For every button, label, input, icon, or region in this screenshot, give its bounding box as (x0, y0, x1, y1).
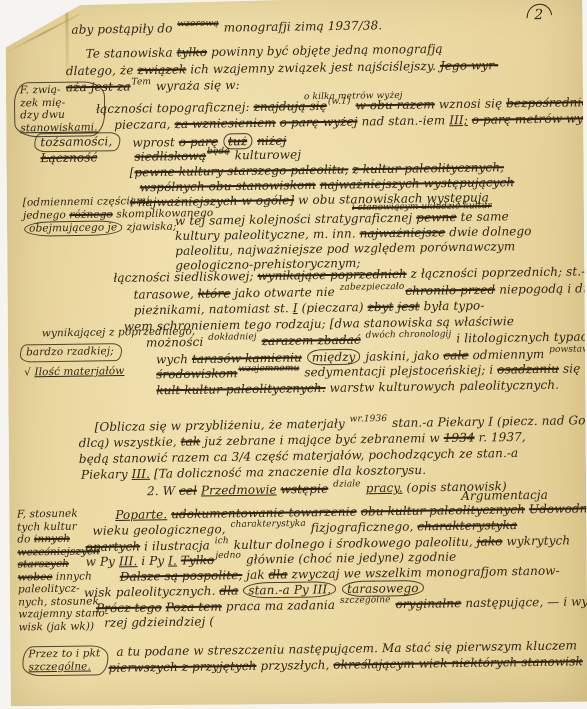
paper-sheet: 2 aby postąpiły do wzorową monografji zi… (5, 0, 587, 706)
handwriting-segment: dla (219, 584, 238, 598)
handwriting-segment: obu kultur paleolitycznych (361, 502, 525, 518)
handwriting-segment: wznosi się (435, 96, 506, 111)
margin-note: F. zwią-zek mię-dzy dwustanowiskami. (14, 81, 106, 137)
margin-note: Przez to i pktszczególne. (22, 645, 108, 676)
handwriting-segment: zabezpieczało (340, 280, 405, 295)
manuscript-text-layer: aby postąpiły do wzorową monografji zimą… (5, 0, 587, 706)
handwriting-segment: bardzo rzadkiej; (26, 345, 114, 358)
handwriting-segment: [odmiennemi częściami (23, 195, 150, 209)
handwriting-segment: już zebrane i mające być zebranemi w (200, 431, 444, 448)
handwriting-segment: dwie dolnego (445, 224, 531, 239)
handwriting-segment: wcześniejszych (17, 545, 100, 558)
handwriting-segment: jednego (23, 209, 70, 222)
handwriting-segment (361, 333, 365, 347)
handwriting-segment: kulturowej (231, 147, 302, 162)
handwriting-segment: zwyczaj we wszelkim monografjom stanow- (287, 564, 559, 582)
handwriting-segment: aby postąpiły do (71, 21, 176, 36)
handwriting-segment: wr.1936 (350, 412, 388, 427)
handwriting-segment: wprost (132, 135, 179, 150)
handwriting-segment: jedno (215, 549, 241, 563)
handwriting-segment: Tem (131, 75, 151, 89)
handwriting-segment: stanowiskami. (20, 121, 97, 134)
handwriting-segment: jako (477, 534, 503, 548)
handwriting-segment: zarazem zbadać (262, 333, 361, 348)
handwriting-segment: dlatego, że (66, 63, 138, 78)
handwriting-segment: jako otwarte nie (230, 285, 338, 301)
handwriting-segment: szczególne. (28, 660, 91, 673)
handwriting-segment: wieku geologicznego, (92, 522, 229, 538)
handwriting-segment: dwóch chronologij (366, 327, 452, 342)
handwriting-segment: warstw kulturowych paleolitycznych. (326, 378, 560, 395)
handwriting-segment: dlcą) wszystkie, (79, 435, 181, 450)
handwriting-segment: osadzaniu (497, 362, 559, 377)
handwriting-segment: F. zwią- (20, 84, 61, 97)
handwriting-segment: obejmującego je (24, 220, 122, 236)
margin-note: √ Ilość materjałów (24, 365, 124, 379)
handwriting-segment: Argumentacja (461, 488, 548, 503)
handwriting-segment: łączności topograficznej: (96, 100, 254, 116)
handwriting-segment: Ilość materjałów (34, 365, 124, 378)
handwriting-segment: będą (207, 144, 230, 158)
handwriting-segment: bezpośrednio (506, 95, 587, 110)
handwriting-segment: wzajemnemu (238, 361, 299, 376)
handwriting-segment: jest (397, 299, 419, 313)
handwriting-segment: rzej gdzieindziej ( (104, 614, 214, 630)
handwriting-segment: [Ta doliczność ma znaczenie dla kosztory… (150, 463, 426, 481)
handwriting-segment: odmiennym (469, 347, 549, 362)
handwriting-segment: najważniejsze (360, 225, 446, 240)
manuscript-line: Te stanowiska tylko powinny być objęte j… (86, 42, 443, 61)
handwriting-segment: starszych (18, 558, 69, 571)
handwriting-segment: charakterystyka (417, 518, 517, 533)
handwriting-segment: wobec (18, 570, 53, 582)
handwriting-segment: 2. W (147, 484, 179, 498)
handwriting-segment: wych (156, 352, 192, 366)
handwriting-segment (302, 350, 306, 364)
handwriting-segment: Dalsze są pospolite, (120, 568, 243, 584)
handwriting-segment: zek mię- (20, 96, 65, 109)
handwriting-segment: paleolitycz- (18, 583, 80, 596)
handwriting-segment: pierwszych z przyjętych (108, 659, 256, 675)
handwriting-segment: przyszłych, (256, 658, 333, 673)
handwriting-segment: ich wzajemny związek jest najściślejszy. (186, 59, 440, 77)
handwriting-segment: powstawaniu się (549, 342, 587, 357)
handwriting-segment: i ilustracja (140, 538, 214, 553)
handwriting-segment: (pieczara) (298, 300, 368, 315)
handwriting-segment: wzajemny stano- (18, 607, 108, 620)
handwriting-segment: całe (443, 348, 468, 362)
handwriting-segment: tak (181, 434, 201, 448)
handwriting-segment: nych, stosunek (18, 595, 99, 608)
handwriting-segment: i Py (137, 554, 168, 568)
handwriting-segment: pewne kultury starszego paleolitu, (134, 162, 348, 179)
handwriting-segment: głównie (choć nie jedyne) zgodnie (242, 550, 457, 567)
handwriting-segment: była typo- (420, 298, 485, 313)
handwriting-segment: pracy. (366, 481, 403, 496)
manuscript-line: rzej gdzieindziej ( (104, 614, 214, 630)
handwriting-segment: najważniejszych występujących (320, 175, 515, 192)
handwriting-segment: niepogodą i dra- (495, 281, 587, 296)
handwriting-segment: wyraża się w: (152, 78, 240, 93)
handwriting-segment: tych kultur (17, 520, 77, 533)
handwriting-segment: się (559, 361, 581, 375)
manuscript-line: 2. W cel Przedmowie wstępie dziale pracy… (147, 479, 507, 500)
handwriting-segment: Piekary (81, 467, 132, 482)
manuscript-line: Argumentacja (461, 488, 548, 503)
handwriting-segment: tylko (177, 45, 208, 59)
handwriting-segment: nad stan.-iem (358, 113, 450, 128)
handwriting-segment: wisk (jak wk)) (18, 620, 94, 633)
margin-note: F, stosunektych kulturdo innychwcześniej… (17, 507, 109, 633)
handwriting-segment: III; (449, 113, 468, 127)
handwriting-segment: pewne (416, 210, 457, 225)
handwriting-segment: określającym wiek niektórych stanowisk (333, 654, 583, 671)
handwriting-segment: Przedmowie (201, 482, 277, 497)
handwriting-segment: monografji zimą 1937/38. (220, 18, 383, 34)
handwriting-segment: III. (131, 467, 150, 481)
handwriting-segment: dokładniej (208, 330, 257, 345)
handwriting-segment: innych (52, 570, 92, 583)
handwriting-segment: Przez to i pkt (28, 647, 100, 660)
handwriting-segment: skomplikowanego (113, 207, 214, 220)
handwriting-segment: wstępie (280, 482, 328, 497)
handwriting-segment: r. 1937, (475, 430, 526, 445)
handwriting-segment: Łączność (40, 150, 97, 165)
margin-note: wynikającej z poprzedniego, (42, 325, 196, 340)
handwriting-segment: charakterystyka (230, 517, 305, 532)
handwriting-segment: środowiskom (156, 366, 237, 381)
handwriting-segment: które (198, 286, 231, 300)
handwriting-segment: tarasowe, (133, 287, 197, 302)
handwriting-segment: chroniło przed (405, 283, 495, 298)
handwriting-segment: zbyt (367, 300, 393, 314)
handwriting-segment: Te stanowiska (86, 45, 177, 60)
handwriting-segment: do (17, 533, 34, 545)
handwriting-segment: znajdują się (253, 99, 327, 114)
handwriting-segment: z łączności poprzednich; st.-o (407, 264, 587, 281)
handwriting-segment: następujące, — i wyłożone sze- (461, 593, 587, 610)
handwriting-segment: cel (179, 484, 197, 498)
handwriting-segment: wynikającej z poprzedniego, (42, 325, 196, 339)
handwriting-segment: III. (119, 554, 138, 568)
handwriting-segment: zjawiska; (123, 221, 176, 234)
handwriting-segment: stan.-a Py III. (243, 581, 336, 598)
handwriting-segment: między (307, 349, 361, 366)
handwriting-segment: dla (268, 567, 287, 581)
handwriting-segment: Poza tem (166, 600, 222, 615)
handwriting-segment: w obu razem (355, 97, 435, 112)
handwriting-segment: F, stosunek (17, 508, 78, 521)
scanned-manuscript-page: 2 aby postąpiły do wzorową monografji zi… (0, 0, 587, 709)
handwriting-segment: niżej (257, 134, 286, 148)
handwriting-segment: kult kultur paleolitycznych. (156, 381, 325, 397)
handwriting-segment: innych (34, 533, 70, 546)
handwriting-segment: jaskini, jako (361, 349, 443, 364)
handwriting-segment: [Oblicza się w przybliżeniu, że materjał… (95, 417, 349, 435)
handwriting-segment: wykrytych (502, 533, 570, 548)
handwriting-segment: sedymentacji plejstoceńskiej; i (300, 363, 497, 380)
handwriting-segment: (w.1) (328, 95, 351, 109)
handwriting-segment: Udowodnić nie (529, 501, 587, 516)
handwriting-segment: za wzniesieniem (174, 116, 275, 131)
handwriting-segment: Tylko (181, 553, 215, 567)
manuscript-line: aby postąpiły do wzorową monografji zimą… (71, 18, 382, 38)
handwriting-segment: 1934 (444, 431, 475, 445)
margin-note: bardzo rzadkiej; (20, 343, 122, 362)
handwriting-segment: te same (457, 209, 509, 224)
handwriting-segment: powinny być objęte jedną monografją (207, 42, 443, 59)
handwriting-segment: łączności siedliskowej; (113, 269, 257, 285)
manuscript-line: Łączność (40, 150, 97, 165)
handwriting-segment: wzorową (177, 17, 219, 32)
handwriting-segment: Poparte. (115, 507, 167, 522)
handwriting-segment: ich (215, 534, 229, 548)
handwriting-segment: szczególne (340, 593, 391, 608)
handwriting-segment: różnego (69, 208, 113, 221)
handwriting-segment: pieczara, (114, 117, 175, 132)
margin-note: [odmiennemi częściamijednego różnego sko… (23, 194, 214, 236)
handwriting-segment: o parę metrów wyżej (472, 111, 587, 127)
handwriting-segment: Jego wyr- (440, 58, 499, 73)
handwriting-segment: √ (24, 366, 34, 378)
manuscript-line: Piekary III. [Ta doliczność ma znaczenie… (81, 463, 426, 482)
handwriting-segment: stan.-a Piekary I (piecz. nad Go- (388, 413, 587, 430)
handwriting-segment: o parę wyżej (280, 115, 358, 130)
handwriting-segment: siedliskową (134, 149, 206, 164)
handwriting-segment: dzy dwu (20, 109, 65, 122)
handwriting-segment: praca ma zadania (222, 598, 339, 614)
handwriting-segment: jak (242, 568, 268, 582)
handwriting-segment: fizjograficznego, (307, 519, 418, 535)
handwriting-segment: dziale (333, 477, 361, 491)
handwriting-segment: oryginalne (395, 596, 461, 611)
handwriting-segment (238, 584, 242, 598)
handwriting-segment: z kultur paleolitycznych, (352, 160, 504, 176)
handwriting-segment (328, 482, 332, 496)
handwriting-segment: wspólnych obu stanowiskom (140, 178, 316, 194)
handwriting-segment: pieżnikami, natomiast st. (134, 301, 293, 317)
